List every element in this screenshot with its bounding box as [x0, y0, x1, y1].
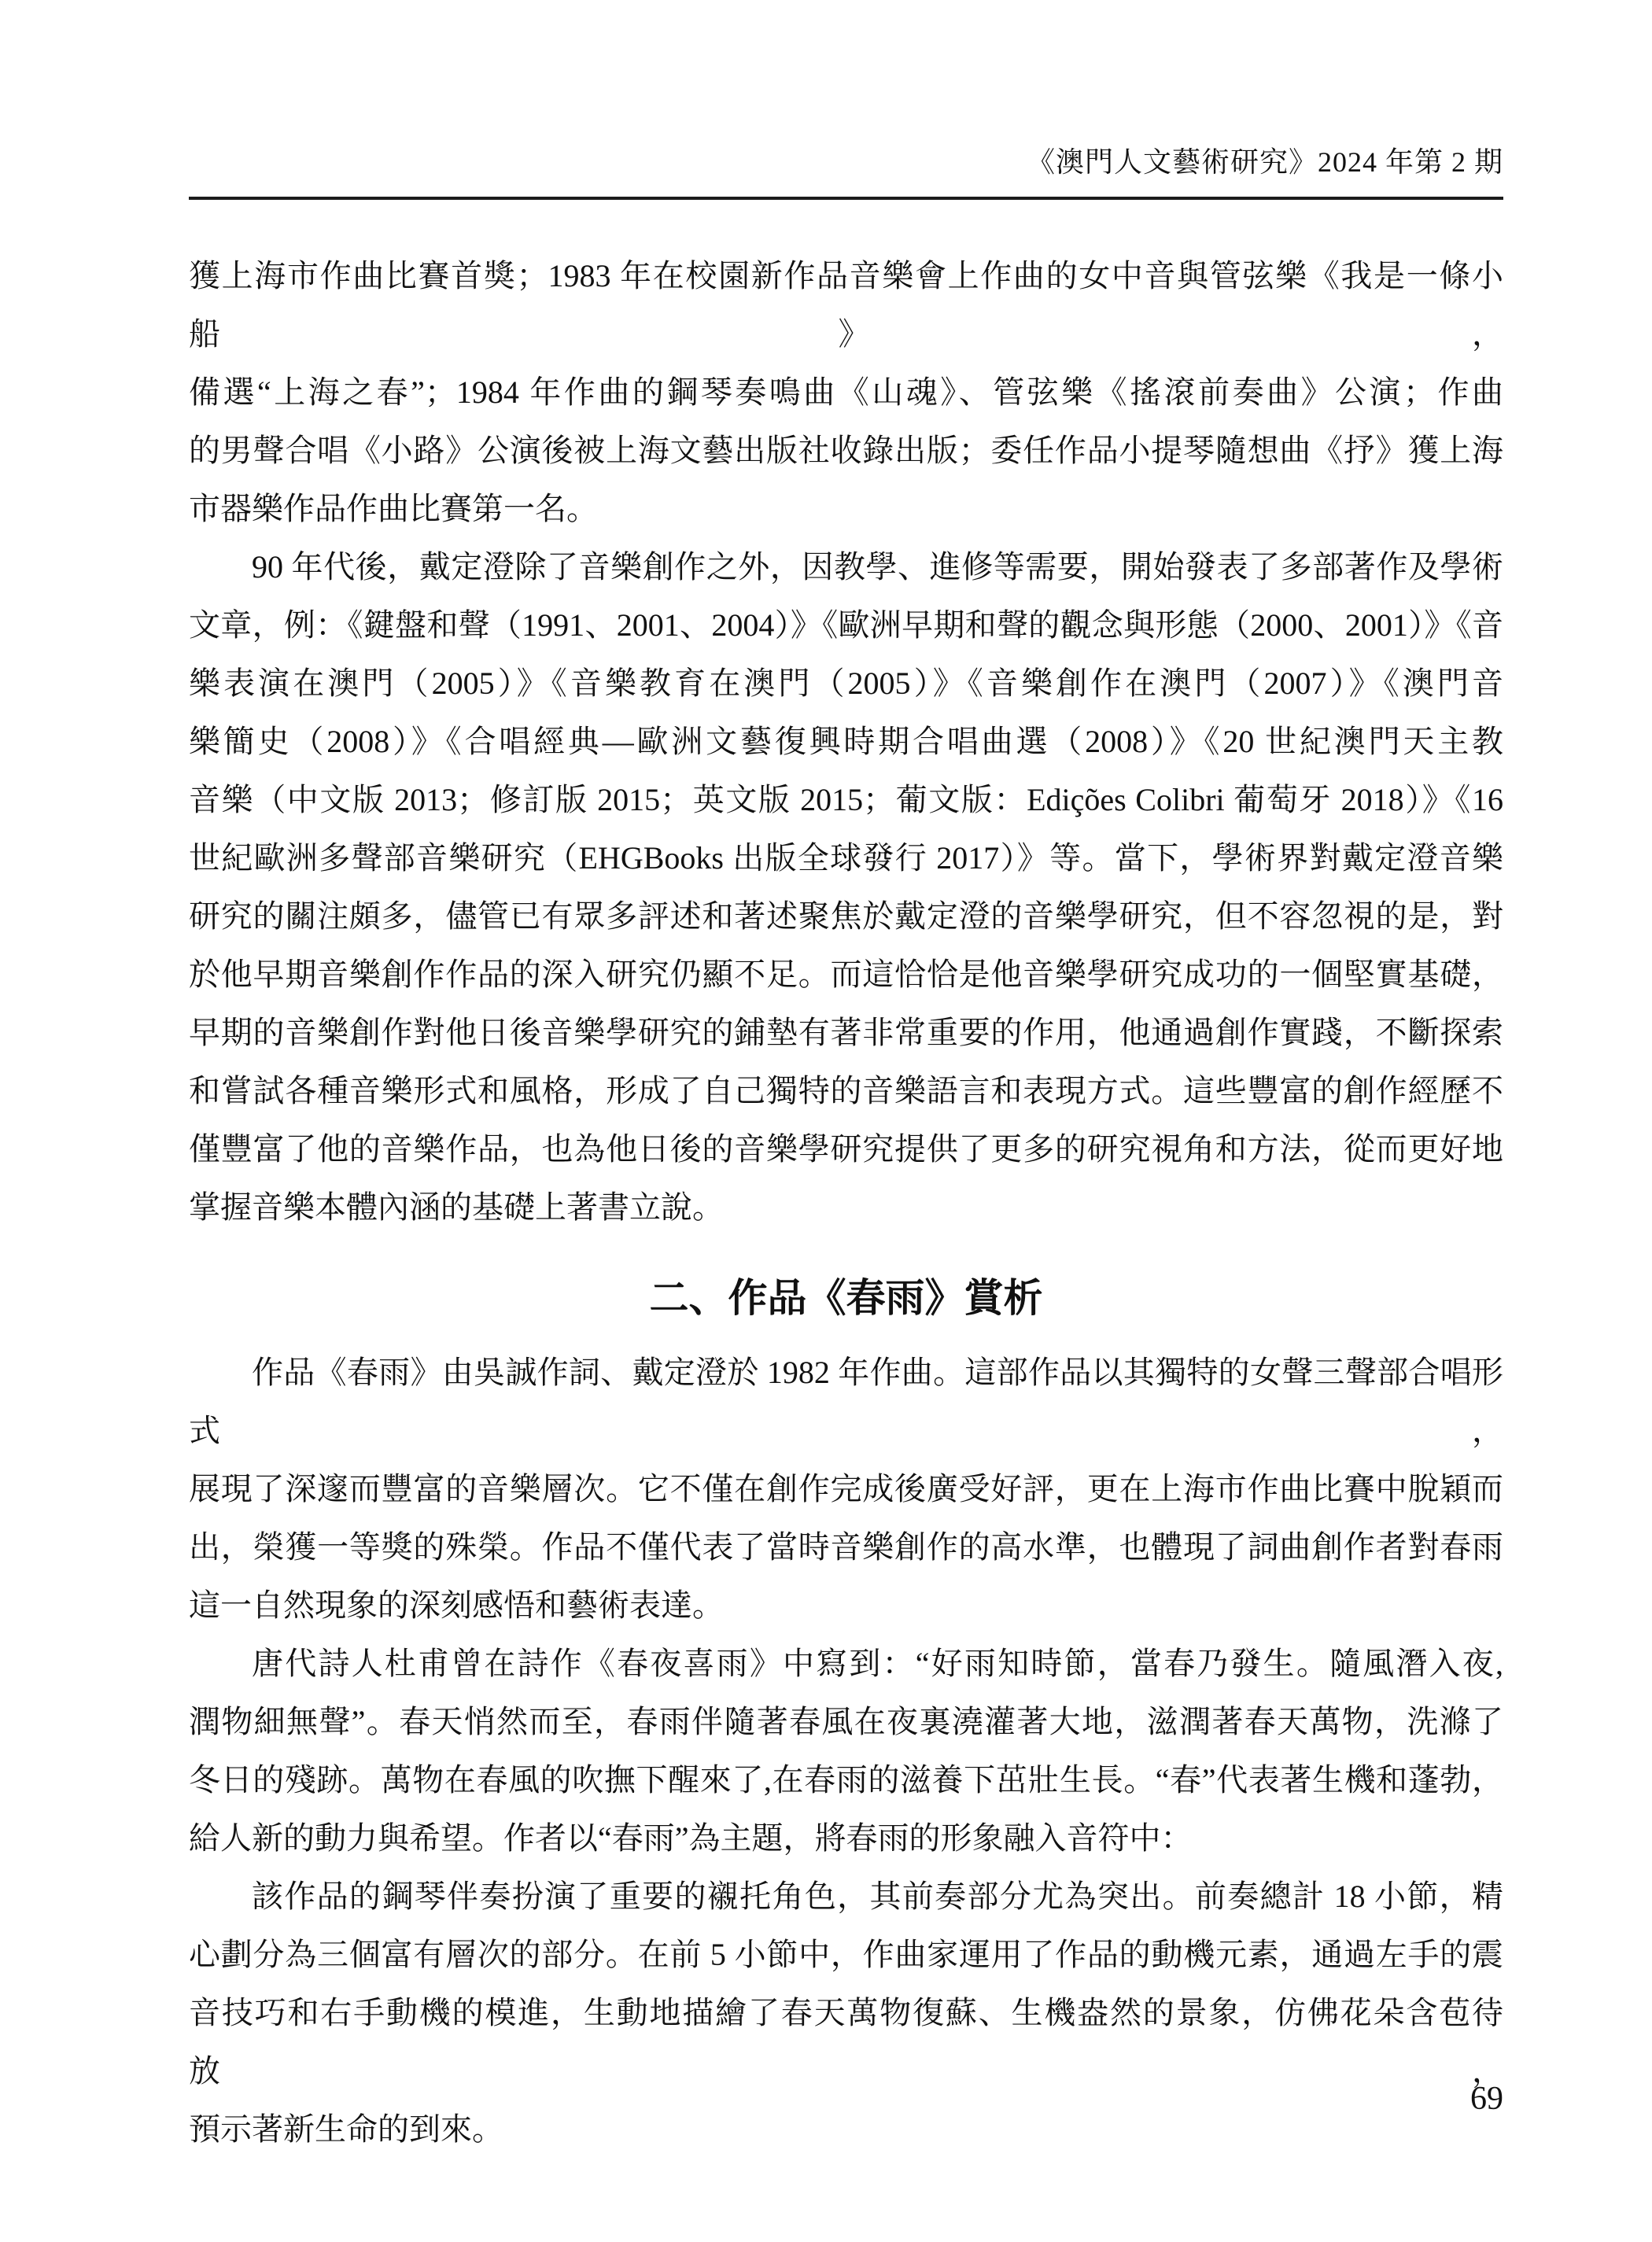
text-line: 市器樂作品作曲比賽第一名。 — [189, 480, 1503, 538]
text-line: 音樂（中文版 2013；修訂版 2015；英文版 2015；葡文版：Ediçõe… — [189, 771, 1503, 829]
text-line: 展現了深邃而豐富的音樂層次。它不僅在創作完成後廣受好評，更在上海市作曲比賽中脫穎… — [189, 1460, 1503, 1518]
running-header: 《澳門人文藝術研究》2024 年第 2 期 — [189, 145, 1503, 179]
text-line: 和嘗試各種音樂形式和風格，形成了自己獨特的音樂語言和表現方式。這些豐富的創作經歷… — [189, 1062, 1503, 1120]
text-line: 心劃分為三個富有層次的部分。在前 5 小節中，作曲家運用了作品的動機元素，通過左… — [189, 1926, 1503, 1984]
header-divider — [189, 197, 1503, 200]
text-line: 於他早期音樂創作作品的深入研究仍顯不足。而這恰恰是他音樂學研究成功的一個堅實基礎… — [189, 946, 1503, 1004]
section-heading: 二、作品《春雨》賞析 — [189, 1274, 1503, 1322]
text-line: 文章，例：《鍵盤和聲（1991、2001、2004）》《歐洲早期和聲的觀念與形態… — [189, 596, 1503, 655]
text-line: 掌握音樂本體內涵的基礎上著書立說。 — [189, 1178, 1503, 1237]
text-line: 樂表演在澳門（2005）》《音樂教育在澳門（2005）》《音樂創作在澳門（200… — [189, 655, 1503, 713]
text-line: 研究的關注頗多，儘管已有眾多評述和著述聚焦於戴定澄的音樂學研究，但不容忽視的是，… — [189, 887, 1503, 946]
text-line: 作品《春雨》由吳誠作詞、戴定澄於 1982 年作曲。這部作品以其獨特的女聲三聲部… — [189, 1344, 1503, 1460]
paragraph: 作品《春雨》由吳誠作詞、戴定澄於 1982 年作曲。這部作品以其獨特的女聲三聲部… — [189, 1344, 1503, 1635]
article-body: 獲上海市作曲比賽首獎；1983 年在校園新作品音樂會上作曲的女中音與管弦樂《我是… — [189, 247, 1503, 2159]
text-line: 冬日的殘跡。萬物在春風的吹撫下醒來了,在春雨的滋養下茁壯生長。“春”代表著生機和… — [189, 1751, 1503, 1809]
text-line: 唐代詩人杜甫曾在詩作《春夜喜雨》中寫到：“好雨知時節，當春乃發生。隨風潛入夜, — [189, 1635, 1503, 1693]
text-line: 該作品的鋼琴伴奏扮演了重要的襯托角色，其前奏部分尤為突出。前奏總計 18 小節，… — [189, 1868, 1503, 1926]
text-line: 這一自然現象的深刻感悟和藝術表達。 — [189, 1576, 1503, 1635]
text-line: 90 年代後，戴定澄除了音樂創作之外，因教學、進修等需要，開始發表了多部著作及學… — [189, 538, 1503, 596]
page-number: 69 — [189, 2080, 1503, 2118]
journal-page: 《澳門人文藝術研究》2024 年第 2 期 獲上海市作曲比賽首獎；1983 年在… — [0, 0, 1652, 2242]
text-line: 潤物細無聲”。春天悄然而至，春雨伴隨著春風在夜裏澆灌著大地，滋潤著春天萬物，洗滌… — [189, 1693, 1503, 1751]
paragraph: 唐代詩人杜甫曾在詩作《春夜喜雨》中寫到：“好雨知時節，當春乃發生。隨風潛入夜,潤… — [189, 1635, 1503, 1868]
text-line: 世紀歐洲多聲部音樂研究（EHGBooks 出版全球發行 2017）》等。當下，學… — [189, 829, 1503, 887]
text-line: 給人新的動力與希望。作者以“春雨”為主題，將春雨的形象融入音符中： — [189, 1809, 1503, 1868]
text-line: 獲上海市作曲比賽首獎；1983 年在校園新作品音樂會上作曲的女中音與管弦樂《我是… — [189, 247, 1503, 363]
text-line: 僅豐富了他的音樂作品，也為他日後的音樂學研究提供了更多的研究視角和方法，從而更好… — [189, 1120, 1503, 1178]
text-line: 的男聲合唱《小路》公演後被上海文藝出版社收錄出版；委任作品小提琴隨想曲《抒》獲上… — [189, 422, 1503, 480]
paragraph: 90 年代後，戴定澄除了音樂創作之外，因教學、進修等需要，開始發表了多部著作及學… — [189, 538, 1503, 1237]
text-line: 樂簡史（2008）》《合唱經典—歐洲文藝復興時期合唱曲選（2008）》《20 世… — [189, 713, 1503, 771]
text-line: 出，榮獲一等獎的殊榮。作品不僅代表了當時音樂創作的高水準，也體現了詞曲創作者對春… — [189, 1518, 1503, 1576]
paragraph: 獲上海市作曲比賽首獎；1983 年在校園新作品音樂會上作曲的女中音與管弦樂《我是… — [189, 247, 1503, 538]
text-line: 早期的音樂創作對他日後音樂學研究的鋪墊有著非常重要的作用，他通過創作實踐，不斷探… — [189, 1004, 1503, 1062]
text-line: 備選“上海之春”；1984 年作曲的鋼琴奏鳴曲《山魂》、管弦樂《搖滾前奏曲》公演… — [189, 363, 1503, 422]
